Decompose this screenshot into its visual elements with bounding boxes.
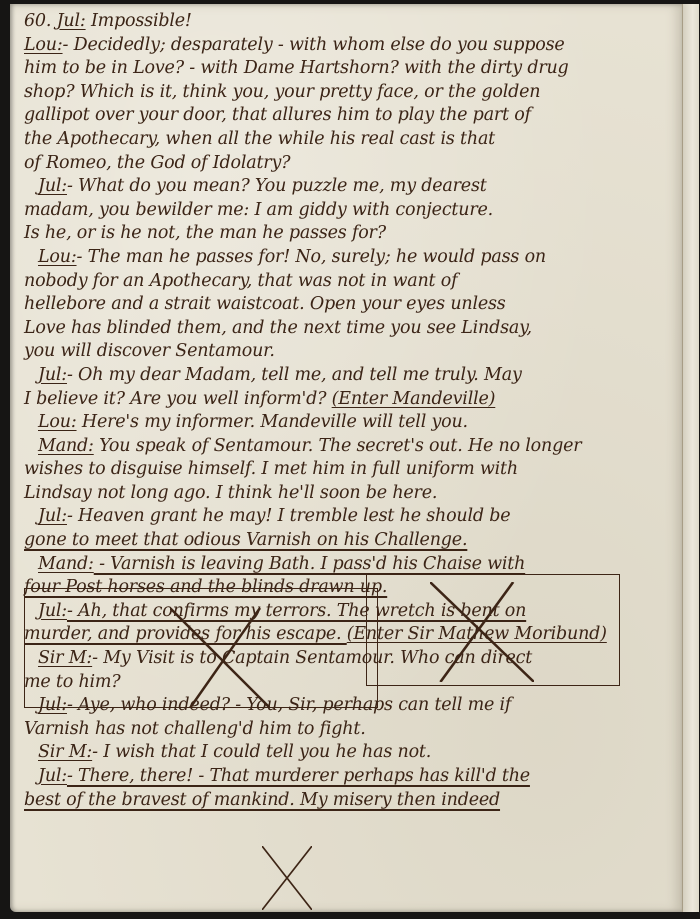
dialogue-text: Is he, or is he not, the man he passes f… xyxy=(24,223,386,243)
manuscript-line: of Romeo, the God of Idolatry? xyxy=(24,152,634,176)
speaker-label: Jul: xyxy=(38,766,67,786)
dialogue-text: - Decidedly; desparately - with whom els… xyxy=(63,35,565,55)
manuscript-line: Sir M:- I wish that I could tell you he … xyxy=(24,741,634,765)
speaker-label: Lou: xyxy=(38,247,77,267)
manuscript-line: 60. Jul: Impossible! xyxy=(24,10,634,34)
dialogue-text: - Aye, who indeed? - You, Sir, perhaps c… xyxy=(67,695,511,715)
deleted-dialogue-text: - Ah, that confirms my terrors. The wret… xyxy=(67,601,526,621)
manuscript-line: nobody for an Apothecary, that was not i… xyxy=(24,270,634,294)
dialogue-text: madam, you bewilder me: I am giddy with … xyxy=(24,200,493,220)
deleted-dialogue-text: best of the bravest of mankind. My miser… xyxy=(24,790,500,810)
speaker-label: Jul: xyxy=(38,695,67,715)
deleted-dialogue-text: - Varnish is leaving Bath. I pass'd his … xyxy=(94,554,525,574)
manuscript-line: hellebore and a strait waistcoat. Open y… xyxy=(24,293,634,317)
manuscript-line: Lindsay not long ago. I think he'll soon… xyxy=(24,482,634,506)
speaker-label: Jul: xyxy=(38,506,67,526)
speaker-label: Lou: xyxy=(38,412,77,432)
dialogue-text: I believe it? Are you well inform'd? xyxy=(24,389,332,409)
dialogue-text: Varnish has not challeng'd him to fight. xyxy=(24,719,366,739)
manuscript-line: Lou: Here's my informer. Mandeville will… xyxy=(24,411,634,435)
speaker-label: Jul: xyxy=(57,11,86,31)
deleted-dialogue-text: gone to meet that odious Varnish on his … xyxy=(24,530,467,550)
speaker-label: Jul: xyxy=(38,601,67,621)
dialogue-text: - The man he passes for! No, surely; he … xyxy=(77,247,546,267)
adjacent-page-edge xyxy=(682,4,699,912)
dialogue-text: wishes to disguise himself. I met him in… xyxy=(24,459,518,479)
dialogue-text: Impossible! xyxy=(86,11,192,31)
dialogue-text: Here's my informer. Mandeville will tell… xyxy=(77,412,468,432)
dialogue-text: of Romeo, the God of Idolatry? xyxy=(24,153,290,173)
manuscript-line: Love has blinded them, and the next time… xyxy=(24,317,634,341)
stage-direction: (Enter Sir Mathew Moribund) xyxy=(347,624,607,644)
deleted-dialogue-text: - There, there! - That murderer perhaps … xyxy=(67,766,530,786)
dialogue-text: hellebore and a strait waistcoat. Open y… xyxy=(24,294,506,314)
manuscript-line: Mand: - Varnish is leaving Bath. I pass'… xyxy=(24,553,634,577)
manuscript-line: Lou:- Decidedly; desparately - with whom… xyxy=(24,34,634,58)
dialogue-text: you will discover Sentamour. xyxy=(24,341,275,361)
dialogue-text: Lindsay not long ago. I think he'll soon… xyxy=(24,483,437,503)
manuscript-line: Jul:- Aye, who indeed? - You, Sir, perha… xyxy=(24,694,634,718)
dialogue-text: - Heaven grant he may! I tremble lest he… xyxy=(67,506,510,526)
manuscript-line: gone to meet that odious Varnish on his … xyxy=(24,529,634,553)
dialogue-text: nobody for an Apothecary, that was not i… xyxy=(24,271,457,291)
manuscript-line: best of the bravest of mankind. My miser… xyxy=(24,789,634,813)
dialogue-text: Love has blinded them, and the next time… xyxy=(24,318,532,338)
stage-direction: (Enter Mandeville) xyxy=(332,389,496,409)
dialogue-text: the Apothecary, when all the while his r… xyxy=(24,129,495,149)
manuscript-line: madam, you bewilder me: I am giddy with … xyxy=(24,199,634,223)
dialogue-text: shop? Which is it, think you, your prett… xyxy=(24,82,540,102)
manuscript-line: Jul:- Ah, that confirms my terrors. The … xyxy=(24,600,634,624)
speaker-label: Sir M: xyxy=(38,742,92,762)
deleted-dialogue-text: murder, and provides for his escape. xyxy=(24,624,347,644)
speaker-label: Mand: xyxy=(38,436,94,456)
dialogue-text: - What do you mean? You puzzle me, my de… xyxy=(67,176,487,196)
dialogue-text: me to him? xyxy=(24,672,121,692)
manuscript-line: Jul:- What do you mean? You puzzle me, m… xyxy=(24,175,634,199)
manuscript-line: Varnish has not challeng'd him to fight. xyxy=(24,718,634,742)
manuscript-line: shop? Which is it, think you, your prett… xyxy=(24,81,634,105)
dialogue-text: - Oh my dear Madam, tell me, and tell me… xyxy=(67,365,522,385)
manuscript-text: 60. Jul: Impossible!Lou:- Decidedly; des… xyxy=(24,10,634,812)
dialogue-text: - My Visit is to Captain Sentamour. Who … xyxy=(92,648,532,668)
speaker-label: Sir M: xyxy=(38,648,92,668)
dialogue-text: gallipot over your door, that allures hi… xyxy=(24,105,531,125)
dialogue-text: - I wish that I could tell you he has no… xyxy=(92,742,431,762)
speaker-label: Jul: xyxy=(38,176,67,196)
dialogue-text: You speak of Sentamour. The secret's out… xyxy=(94,436,582,456)
manuscript-page: 60. Jul: Impossible!Lou:- Decidedly; des… xyxy=(10,4,682,912)
deleted-dialogue-text: four Post horses and the blinds drawn up… xyxy=(24,577,387,597)
manuscript-line: him to be in Love? - with Dame Hartshorn… xyxy=(24,57,634,81)
page-number: 60. xyxy=(24,11,57,31)
manuscript-line: gallipot over your door, that allures hi… xyxy=(24,104,634,128)
manuscript-line: four Post horses and the blinds drawn up… xyxy=(24,576,634,600)
manuscript-line: Is he, or is he not, the man he passes f… xyxy=(24,222,634,246)
manuscript-line: you will discover Sentamour. xyxy=(24,340,634,364)
manuscript-line: Jul:- Heaven grant he may! I tremble les… xyxy=(24,505,634,529)
manuscript-line: the Apothecary, when all the while his r… xyxy=(24,128,634,152)
strike-cross-bottom xyxy=(262,846,312,910)
manuscript-line: I believe it? Are you well inform'd? (En… xyxy=(24,388,634,412)
manuscript-line: Lou:- The man he passes for! No, surely;… xyxy=(24,246,634,270)
manuscript-line: Mand: You speak of Sentamour. The secret… xyxy=(24,435,634,459)
manuscript-line: Jul:- Oh my dear Madam, tell me, and tel… xyxy=(24,364,634,388)
manuscript-line: murder, and provides for his escape. (En… xyxy=(24,623,634,647)
manuscript-line: me to him? xyxy=(24,671,634,695)
scan-frame: 60. Jul: Impossible!Lou:- Decidedly; des… xyxy=(0,0,700,919)
speaker-label: Jul: xyxy=(38,365,67,385)
dialogue-text: him to be in Love? - with Dame Hartshorn… xyxy=(24,58,569,78)
speaker-label: Mand: xyxy=(38,554,94,574)
manuscript-line: wishes to disguise himself. I met him in… xyxy=(24,458,634,482)
manuscript-line: Sir M:- My Visit is to Captain Sentamour… xyxy=(24,647,634,671)
manuscript-line: Jul:- There, there! - That murderer perh… xyxy=(24,765,634,789)
speaker-label: Lou: xyxy=(24,35,63,55)
